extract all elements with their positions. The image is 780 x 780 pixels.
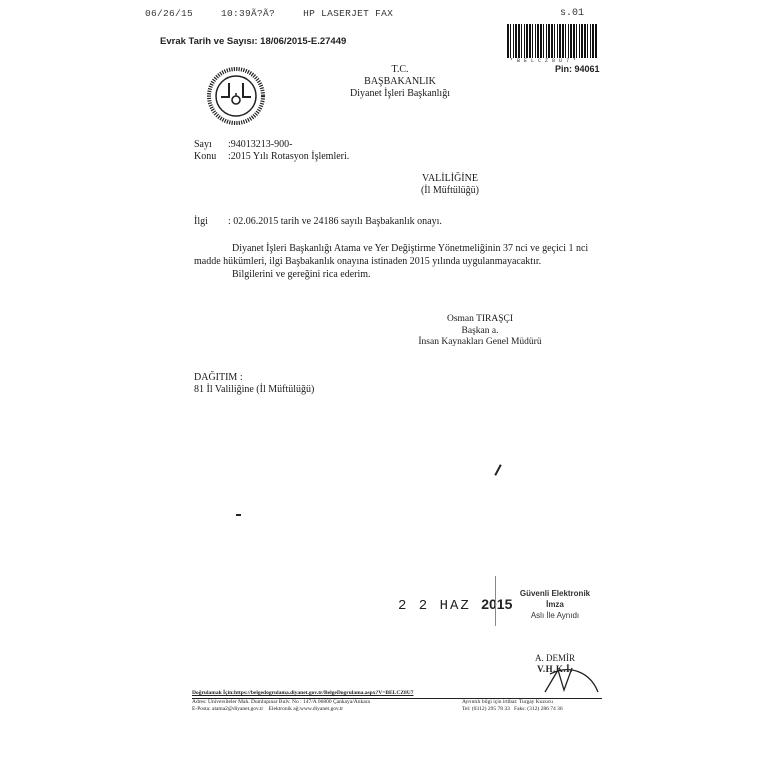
konu-row: Konu:2015 Yılı Rotasyon İşlemleri. <box>194 151 349 162</box>
letter-body: Diyanet İşleri Başkanlığı Atama ve Yer D… <box>194 242 599 281</box>
addressee-line2: (İl Müftülüğü) <box>400 185 500 197</box>
addressee: VALİLİĞİNE (İl Müftülüğü) <box>400 173 500 197</box>
distribution-block: DAĞITIM : 81 İl Valiliğine (İl Müftülüğü… <box>194 372 314 396</box>
footer-email: E-Posta: atama2@diyanet.gov.tr <box>192 706 263 712</box>
verify-link[interactable]: Doğrulamak İçin:https://belgedogrulama.d… <box>192 690 602 699</box>
footer: Doğrulamak İçin:https://belgedogrulama.d… <box>192 690 602 714</box>
certification-stamp: Güvenli Elektronik İmza Aslı İle Aynıdı <box>510 588 600 621</box>
scan-mark <box>236 514 241 516</box>
stamp-date: 2 2 HAZ <box>398 598 471 614</box>
letterhead: T.C. BAŞBAKANLIK Diyanet İşleri Başkanlı… <box>340 64 460 100</box>
letterhead-institution: Diyanet İşleri Başkanlığı <box>340 88 460 100</box>
barcode-icon <box>507 24 597 58</box>
letterhead-tc: T.C. <box>340 64 460 76</box>
stamp-line-2: Aslı İle Aynıdı <box>510 610 600 621</box>
fax-page-number: s.01 <box>560 8 584 19</box>
footer-web: Elektronik ağ:www.diyanet.gov.tr <box>269 706 343 712</box>
stamp-year: 2015 <box>481 596 512 612</box>
sayi-label: Sayı <box>194 139 228 150</box>
body-paragraph-1: Diyanet İşleri Başkanlığı Atama ve Yer D… <box>194 242 599 268</box>
footer-row-1: Adres: Üniversiteler Mah. Dumlupınar Bul… <box>192 699 602 707</box>
scan-mark <box>494 464 501 476</box>
fax-date: 06/26/15 <box>145 8 193 19</box>
signer-name: Osman TIRAŞÇI <box>400 314 560 326</box>
sayi-row: Sayı:94013213-900- <box>194 139 292 150</box>
fax-time: 10:39Ã?Ã? <box>221 8 275 19</box>
ilgi-value: : 02.06.2015 tarih ve 24186 sayılı Başba… <box>228 216 442 227</box>
pin-code: Pin: 94061 <box>555 64 600 74</box>
fax-device: HP LASERJET FAX <box>303 8 393 19</box>
body-paragraph-2: Bilgilerini ve gereğini rica ederim. <box>194 268 599 281</box>
signer-title-1: Başkan a. <box>400 326 560 338</box>
addressee-line1: VALİLİĞİNE <box>400 173 500 185</box>
footer-tel: Tel: (0312) 295 78 33 <box>462 706 510 712</box>
certifier-name: A. DEMİR <box>520 653 590 664</box>
footer-contact: Ayrıntılı bilgi için irtibat: Turgay Kuz… <box>462 699 602 707</box>
stamp-divider <box>495 576 496 626</box>
letterhead-ministry: BAŞBAKANLIK <box>340 76 460 88</box>
ilgi-row: İlgi: 02.06.2015 tarih ve 24186 sayılı B… <box>194 216 442 227</box>
document-date-number: Evrak Tarih ve Sayısı: 18/06/2015-E.2744… <box>160 36 346 47</box>
distribution-value: 81 İl Valiliğine (İl Müftülüğü) <box>194 384 314 396</box>
diyanet-logo-icon <box>207 67 265 125</box>
signer-title-2: İnsan Kaynakları Genel Müdürü <box>400 337 560 349</box>
stamp-line-1: Güvenli Elektronik İmza <box>510 588 600 610</box>
footer-row-2: E-Posta: atama2@diyanet.gov.tr Elektroni… <box>192 706 602 714</box>
distribution-label: DAĞITIM : <box>194 372 314 384</box>
signer-block: Osman TIRAŞÇI Başkan a. İnsan Kaynakları… <box>400 314 560 349</box>
ilgi-label: İlgi <box>194 216 228 227</box>
konu-value: :2015 Yılı Rotasyon İşlemleri. <box>228 151 349 162</box>
footer-fax: Faks: (312) 286 74 36 <box>514 706 563 712</box>
konu-label: Konu <box>194 151 228 162</box>
fax-header: 06/26/15 10:39Ã?Ã? HP LASERJET FAX <box>145 8 415 19</box>
sayi-value: :94013213-900- <box>228 139 292 150</box>
footer-address: Adres: Üniversiteler Mah. Dumlupınar Bul… <box>192 699 370 707</box>
